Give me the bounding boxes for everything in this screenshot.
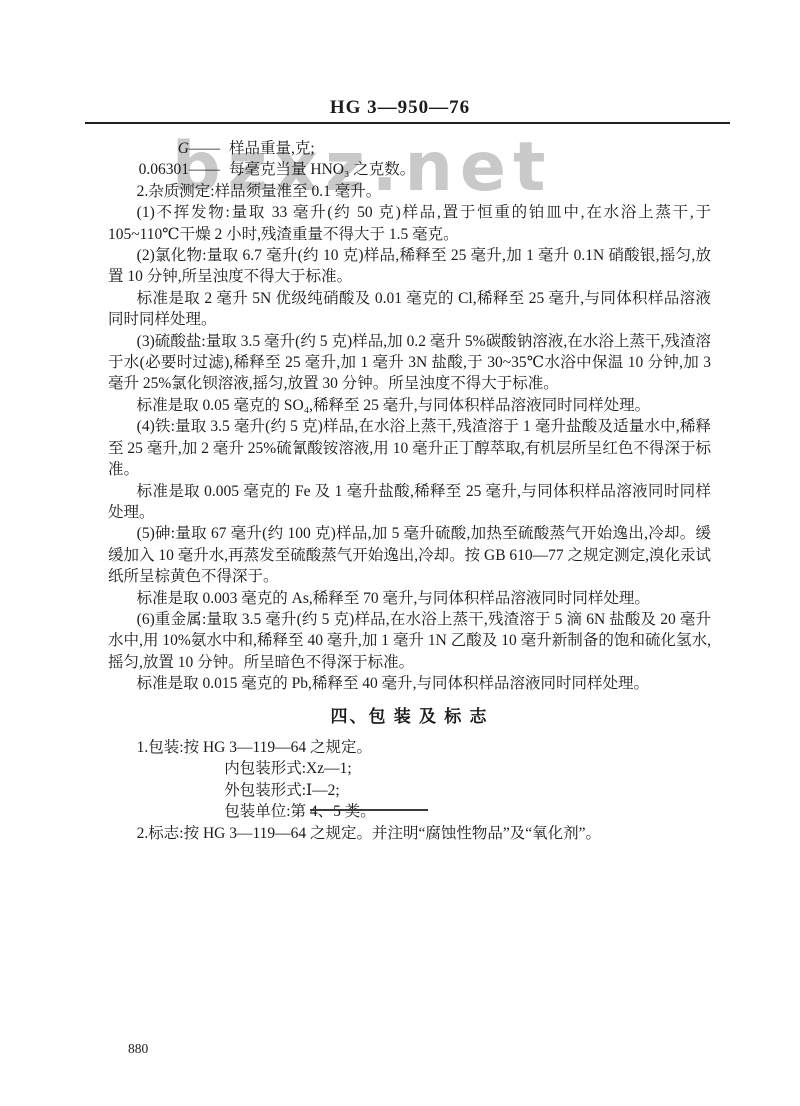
paragraph-heavy-metals-standard: 标准是取 0.015 毫克的 Pb,稀释至 40 毫升,与同体积样品溶液同时同样…	[108, 673, 711, 694]
paragraph-iron-standard: 标准是取 0.005 毫克的 Fe 及 1 毫升盐酸,稀释至 25 毫升,与同体…	[108, 481, 711, 524]
paragraph-arsenic: (5)砷:量取 67 毫升(约 100 克)样品,加 5 毫升硫酸,加热至硫酸蒸…	[108, 523, 711, 587]
definition-term: 0.06301——	[108, 159, 220, 180]
paragraph-non-volatile: (1)不挥发物:量取 33 毫升(约 50 克)样品,置于恒重的铂皿中,在水浴上…	[108, 202, 711, 245]
packaging-item-1: 1.包装:按 HG 3—119—64 之规定。	[108, 737, 711, 758]
page-number: 880	[128, 1041, 148, 1057]
definition-line-factor: 0.06301—— 每毫克当量 HNO₃ 之克数。	[108, 159, 711, 180]
paragraph-iron: (4)铁:量取 3.5 毫升(约 5 克)样品,在水浴上蒸干,残渣溶于 1 毫升…	[108, 416, 711, 480]
section-title-packaging: 四、包 装 及 标 志	[108, 706, 711, 727]
definition-text: 每毫克当量 HNO₃ 之克数。	[229, 159, 415, 180]
definition-dash: ——	[189, 161, 220, 178]
packaging-item-2: 2.标志:按 HG 3—119—64 之规定。并注明“腐蚀性物品”及“氧化剂”。	[108, 823, 711, 844]
paragraph-arsenic-standard: 标准是取 0.003 毫克的 As,稀释至 70 毫升,与同体积样品溶液同时同样…	[108, 588, 711, 609]
definition-line-g: G—— 样品重量,克;	[108, 138, 711, 159]
standard-number: HG 3—950—76	[0, 97, 800, 119]
end-of-document-divider	[310, 809, 428, 811]
header-divider-line	[85, 122, 730, 124]
definition-text: 样品重量,克;	[229, 138, 315, 159]
packaging-unit: 包装单位:第 4、5 类。	[108, 801, 711, 822]
document-page: bzxz.net HG 3—950—76 G—— 样品重量,克; 0.06301…	[0, 0, 800, 1106]
document-body: G—— 样品重量,克; 0.06301—— 每毫克当量 HNO₃ 之克数。 2.…	[108, 138, 711, 844]
paragraph-chloride: (2)氯化物:量取 6.7 毫升(约 10 克)样品,稀释至 25 毫升,加 1…	[108, 245, 711, 288]
paragraph-impurity-intro: 2.杂质测定:样品须量准至 0.1 毫升。	[108, 181, 711, 202]
packaging-inner-form: 内包装形式:Xz—1;	[108, 758, 711, 779]
definition-dash: ——	[189, 140, 220, 157]
definition-term: G——	[108, 138, 220, 159]
paragraph-heavy-metals: (6)重金属:量取 3.5 毫升(约 5 克)样品,在水浴上蒸干,残渣溶于 5 …	[108, 609, 711, 673]
paragraph-chloride-standard: 标准是取 2 毫升 5N 优级纯硝酸及 0.01 毫克的 Cl,稀释至 25 毫…	[108, 288, 711, 331]
packaging-outer-form: 外包装形式:Ⅰ—2;	[108, 780, 711, 801]
paragraph-sulfate: (3)硫酸盐:量取 3.5 毫升(约 5 克)样品,加 0.2 毫升 5%碳酸钠…	[108, 331, 711, 395]
paragraph-sulfate-standard: 标准是取 0.05 毫克的 SO₄,稀释至 25 毫升,与同体积样品溶液同时同样…	[108, 395, 711, 416]
